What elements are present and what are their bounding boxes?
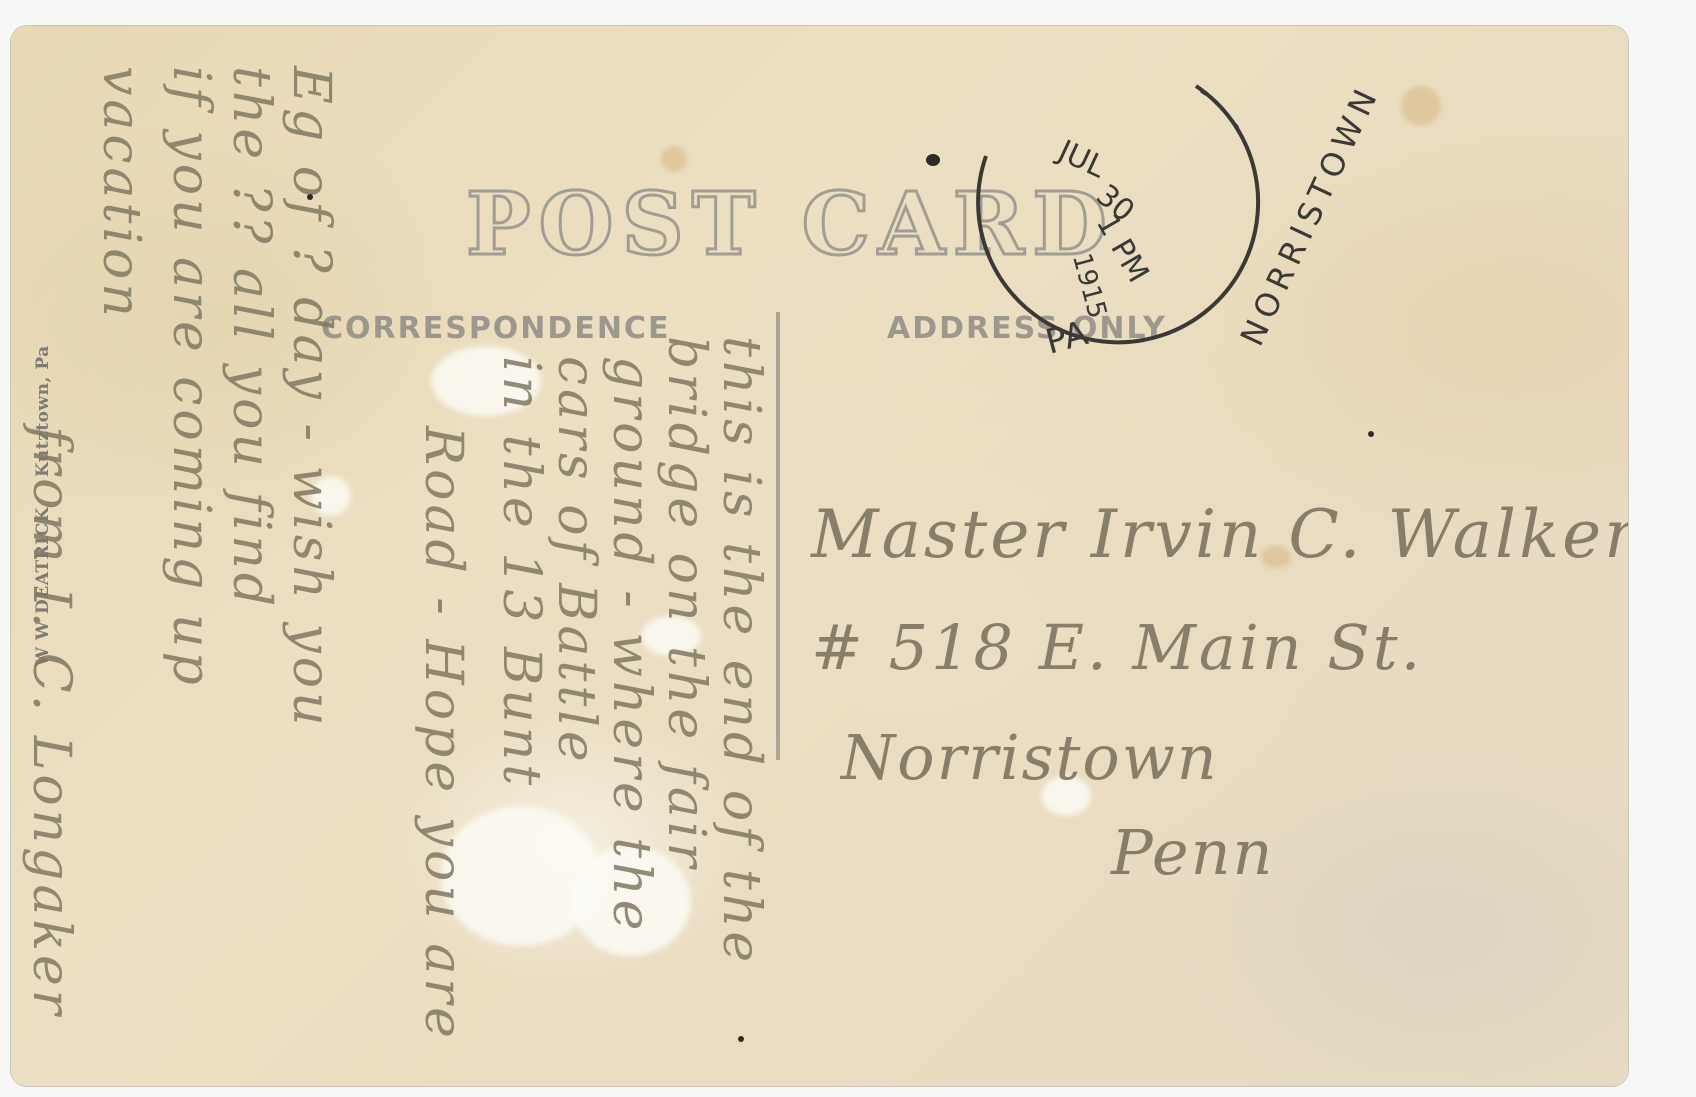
address-line-state: Penn <box>1111 816 1274 889</box>
message-line: from I. C. Longaker <box>21 426 81 1019</box>
address-line-city: Norristown <box>841 721 1219 794</box>
foxing-spot <box>1401 86 1441 126</box>
ink-speck <box>307 194 313 200</box>
postmark: JUL 30 1 PM 1915 PA NORRISTOWN <box>946 46 1286 386</box>
message-line: Eg of ? day - wish you <box>281 66 341 730</box>
ink-speck <box>738 1036 744 1042</box>
message-line: bridge on the fair <box>656 336 716 871</box>
ink-speck <box>926 154 940 166</box>
center-divider-line <box>776 312 780 760</box>
ink-speck <box>1368 431 1374 437</box>
message-line: this is the end of the <box>711 336 771 966</box>
foxing-spot <box>661 146 687 172</box>
message-line: ground - where the <box>601 356 661 934</box>
correspondence-label: CORRESPONDENCE <box>321 311 670 346</box>
message-line: in the 13 Bunt <box>491 356 551 789</box>
message-line: the ?? all you find <box>221 66 281 610</box>
address-line-street: # 518 E. Main St. <box>811 611 1423 684</box>
message-line: Road - Hope you are <box>413 426 473 1042</box>
address-line-name: Master Irvin C. Walker Jr. <box>811 496 1628 573</box>
message-line: vacation <box>91 66 151 321</box>
postcard-back: POST CARD CORRESPONDENCE ADDRESS ONLY W … <box>11 26 1628 1086</box>
message-line: if you are coming up <box>161 66 221 689</box>
message-line: cars of Battle <box>546 356 606 766</box>
